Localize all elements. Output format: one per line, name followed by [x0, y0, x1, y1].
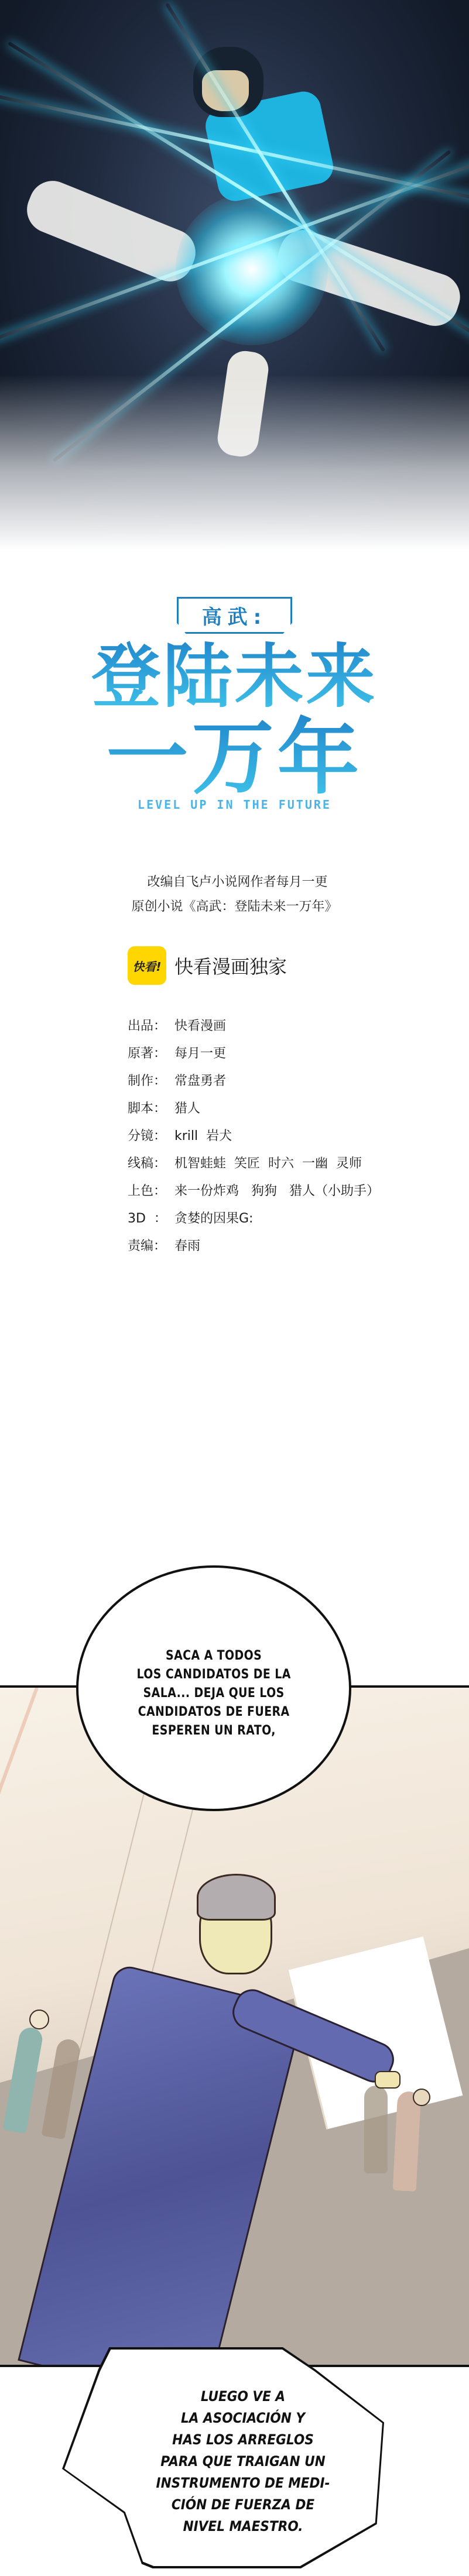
credit-label: 制作： [128, 1067, 174, 1095]
credit-value: 机智蛙蛙 笑匠 时六 一幽 灵师 [174, 1150, 362, 1177]
credit-row: 出品：快看漫画 [128, 1012, 379, 1040]
hero-face [202, 70, 249, 111]
master-hand [375, 2071, 400, 2089]
credit-row: 分镜：krill 岩犬 [128, 1122, 379, 1150]
candidate-head [29, 2010, 49, 2029]
credit-row: 原著：每月一更 [128, 1040, 379, 1067]
credit-value: 猎人 [174, 1095, 200, 1122]
original-novel-note: 原创小说《高武：登陆未来一万年》 [0, 897, 469, 915]
exclusive-text: 快看漫画独家 [174, 952, 287, 979]
candidate-head [413, 2089, 430, 2106]
credit-value: 贪婪的因果G: [174, 1205, 253, 1232]
logo-title-line1: 登陆未来 [0, 638, 469, 715]
credits-list: 出品：快看漫画 原著：每月一更 制作：常盘勇者 脚本：猎人 分镜：krill 岩… [128, 1012, 379, 1260]
credit-label: 出品： [128, 1012, 174, 1040]
speech-bubble-text: LUEGO VE A LA ASOCIACIÓN Y HAS LOS ARREG… [83, 2386, 404, 2537]
exclusive-banner: 快看! 快看漫画独家 [128, 946, 287, 985]
adaptation-note: 改编自飞卢小说网作者每月一更 [0, 872, 469, 890]
credit-row: 责编：春雨 [128, 1232, 379, 1260]
kuaikan-logo-icon: 快看! [128, 946, 166, 985]
credit-value: 来一份炸鸡 狗狗 猎人（小助手） [174, 1177, 379, 1205]
lightning-glow [176, 193, 328, 345]
speech-bubble: SACA A TODOS LOS CANDIDATOS DE LA SALA..… [76, 1565, 351, 1811]
credit-value: 快看漫画 [174, 1012, 226, 1040]
credit-value: 春雨 [174, 1232, 200, 1260]
logo-subtitle: LEVEL UP IN THE FUTURE [0, 798, 469, 812]
shadow-figure [364, 2086, 388, 2173]
shout-bubble: LUEGO VE A LA ASOCIACIÓN Y HAS LOS ARREG… [64, 2350, 422, 2566]
credit-row: 上色：来一份炸鸡 狗狗 猎人（小助手） [128, 1177, 379, 1205]
credit-value: 每月一更 [174, 1040, 226, 1067]
credit-label: 上色： [128, 1177, 174, 1205]
credit-row: 线稿：机智蛙蛙 笑匠 时六 一幽 灵师 [128, 1150, 379, 1177]
credit-row: 脚本：猎人 [128, 1095, 379, 1122]
credit-value: krill 岩犬 [174, 1122, 232, 1150]
logo-tag: 高武: [177, 597, 293, 634]
credit-label: 原著： [128, 1040, 174, 1067]
credit-label: 脚本： [128, 1095, 174, 1122]
credit-label: 线稿： [128, 1150, 174, 1177]
credit-label: 责编： [128, 1232, 174, 1260]
credit-label: 3D ： [128, 1205, 174, 1232]
credit-value: 常盘勇者 [174, 1067, 226, 1095]
credit-row: 制作：常盘勇者 [128, 1067, 379, 1095]
cover-fade [0, 375, 469, 550]
logo-title-line2: 一万年 [0, 715, 469, 802]
master-hair [197, 1874, 276, 1921]
credit-label: 分镜： [128, 1122, 174, 1150]
speech-bubble-text: SACA A TODOS LOS CANDIDATOS DE LA SALA..… [136, 1647, 290, 1740]
credit-row: 3D ：贪婪的因果G: [128, 1205, 379, 1232]
series-logo: 高武: 登陆未来 一万年 [0, 591, 469, 802]
cover-illustration [0, 0, 469, 550]
